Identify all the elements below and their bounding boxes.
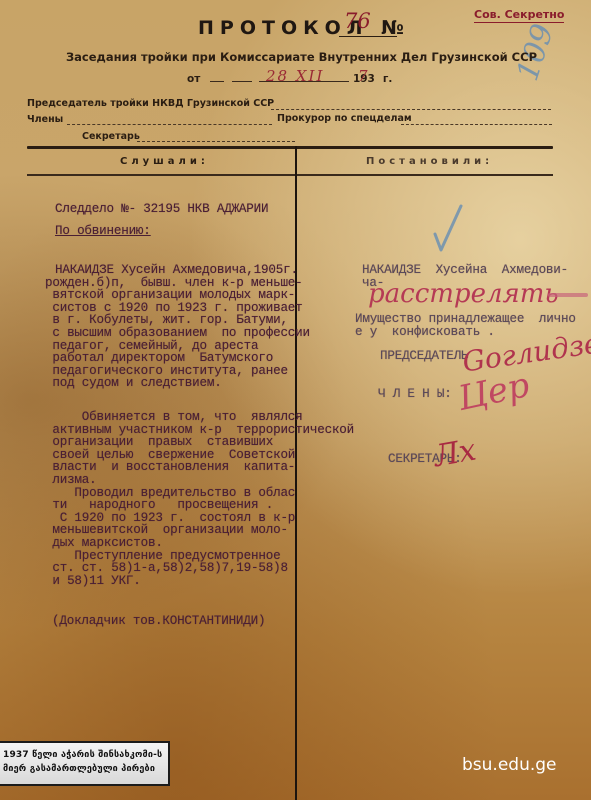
- session-subtitle: Заседания тройки при Комиссариате Внутре…: [66, 50, 537, 64]
- classification-stamp: Сов. Секретно: [474, 8, 564, 23]
- red-pencil-stroke: [548, 293, 588, 297]
- column-heading-heard: Слушали:: [120, 156, 209, 167]
- date-handwritten: 28 XII: [266, 67, 324, 85]
- charge-heading: По обвинению:: [55, 225, 151, 238]
- chairman-label: Председатель тройки НКВД Грузинской ССР: [27, 98, 274, 109]
- reporter-line: (Докладчик тов.КОНСТАНТИНИДИ): [52, 615, 265, 628]
- secretary-label: Секретарь: [82, 131, 140, 142]
- biography-block: НАКАИДЗЕ Хусейн Ахмедовича,1905г. рожден…: [45, 264, 310, 390]
- accusation-line: ти народного просвещения .: [45, 499, 354, 512]
- header-rule: [27, 146, 553, 149]
- biography-line: вятской организации молодых марк-: [45, 289, 310, 302]
- secretary-signature: Лх: [431, 433, 478, 475]
- case-number-line: Следдело №- 32195 НКВ АДЖАРИИ: [55, 203, 268, 216]
- biography-line: под судом и следствием.: [45, 377, 310, 390]
- date-prefix: от: [187, 73, 200, 85]
- site-watermark: bsu.edu.ge: [462, 755, 557, 775]
- secretary-fill-line: [137, 141, 295, 142]
- chairman-fill-line: [271, 109, 551, 110]
- members-label: Члены: [27, 114, 63, 125]
- resolved-members-label: Ч Л Е Н Ы:: [378, 388, 452, 401]
- protocol-number-handwritten: 76: [344, 9, 371, 33]
- property-line-1: Имущество принадлежащее лично: [355, 313, 576, 326]
- accusation-line: ст. ст. 58)1-а,58)2,58)7,19-58)8: [45, 562, 354, 575]
- year-handwritten-digit: 7: [358, 67, 368, 85]
- accusation-line: и 58)11 УКГ.: [45, 575, 354, 588]
- sentence-handwritten: расстрелять: [368, 279, 559, 309]
- checkmark-icon: [432, 204, 464, 252]
- resolved-name-line-1: НАКАИДЗЕ Хусейна Ахмедови-: [362, 264, 568, 277]
- caption-line-2: მიერ გასამართლებული პირები: [3, 762, 165, 776]
- members-fill-line: [67, 124, 272, 125]
- biography-line: с высшим образованием по профессии: [45, 327, 310, 340]
- caption-line-1: 1937 წელი აჭარის შინსახკომი-ს: [3, 748, 165, 762]
- caption-label: 1937 წელი აჭარის შინსახკომი-ს მიერ გასამ…: [0, 741, 170, 786]
- date-blank-sep: [232, 80, 252, 82]
- biography-line: НАКАИДЗЕ Хусейн Ахмедовича,1905г.: [45, 264, 310, 277]
- biography-line: работал директором Батумского: [45, 352, 310, 365]
- property-line-2: е у конфисковать .: [355, 326, 495, 339]
- column-heading-rule: [27, 174, 553, 176]
- resolved-chairman-label: ПРЕДСЕДАТЕЛЬ: [380, 350, 468, 363]
- column-heading-resolved: Постановили:: [366, 156, 493, 167]
- accusation-block: Обвиняется в том, что являлся активным у…: [45, 411, 354, 587]
- accusation-line: дых марксистов.: [45, 537, 354, 550]
- accusation-line: лизма.: [45, 474, 354, 487]
- year-suffix: г.: [383, 73, 392, 85]
- date-blank-day: [210, 80, 224, 82]
- prosecutor-fill-line: [401, 124, 552, 125]
- prosecutor-label: Прокурор по спецделам: [277, 113, 412, 124]
- accusation-line: Обвиняется в том, что являлся: [45, 411, 354, 424]
- accusation-line: организации правых ставивших: [45, 436, 354, 449]
- protocol-number-line: [339, 36, 397, 37]
